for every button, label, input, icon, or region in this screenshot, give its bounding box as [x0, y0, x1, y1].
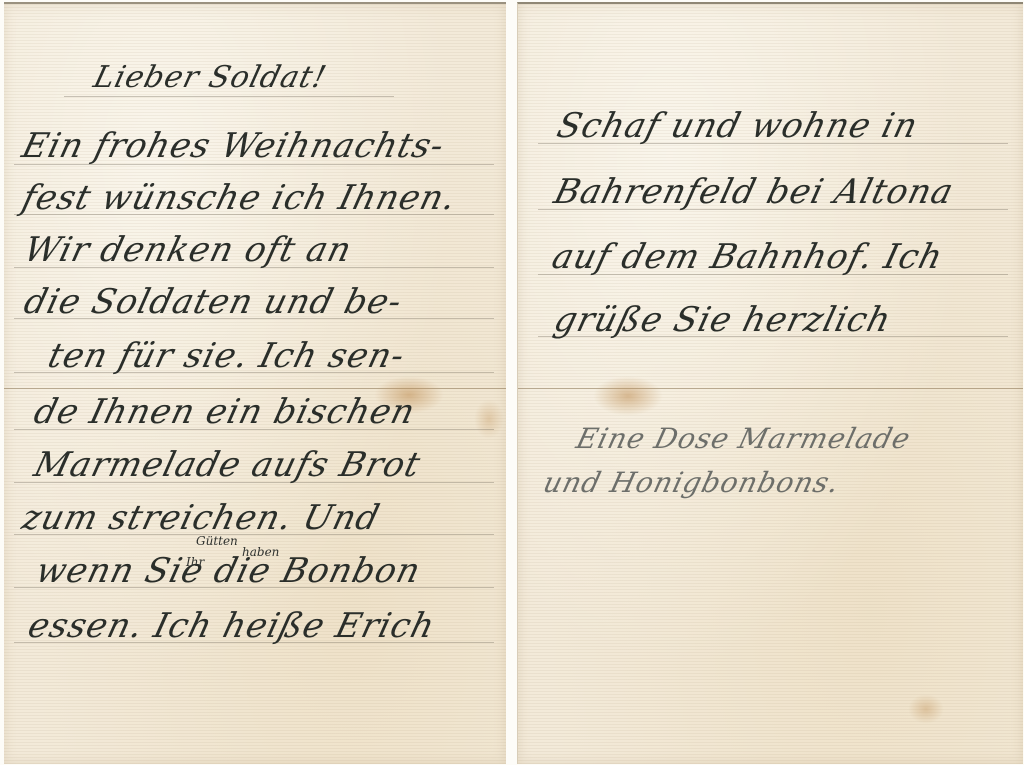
letter-line: fest wünsche ich Ihnen. [18, 178, 460, 218]
letter-line: essen. Ich heiße Erich [24, 606, 439, 646]
pencil-note-line: Eine Dose Marmelade [573, 422, 914, 455]
interlinear-correction: Gütten [196, 534, 238, 548]
paper-stain [474, 399, 504, 439]
interlinear-correction: haben [242, 545, 279, 559]
letter-line: zum streichen. Und [18, 498, 384, 538]
paper-stain [908, 694, 944, 724]
pencil-note-line: und Honigbonbons. [540, 466, 843, 499]
letter-line: ten für sie. Ich sen- [44, 336, 409, 376]
letter-line: Marmelade aufs Brot [30, 445, 425, 485]
letter-line: de Ihnen ein bischen [30, 392, 419, 432]
letter-page-left: Lieber Soldat! Ein frohes Weihnachts- fe… [4, 2, 506, 764]
letter-line: die Soldaten und be- [20, 282, 406, 322]
interlinear-correction: Ihr [186, 555, 204, 569]
letter-page-right: Schaf und wohne in Bahrenfeld bei Altona… [517, 2, 1023, 764]
letter-salutation: Lieber Soldat! [90, 60, 330, 95]
letter-line: Schaf und wohne in [553, 106, 922, 146]
letter-line: Wir denken oft an [20, 230, 356, 270]
paper-stain [593, 376, 663, 416]
letter-line: grüße Sie herzlich [550, 300, 896, 340]
letter-line: Bahrenfeld bei Altona [550, 172, 958, 212]
letter-line: Ein frohes Weihnachts- [18, 126, 449, 166]
ruled-line [64, 96, 394, 97]
letter-line: wenn Sie die Bonbon [32, 551, 425, 591]
letter-line: auf dem Bahnhof. Ich [548, 237, 947, 277]
